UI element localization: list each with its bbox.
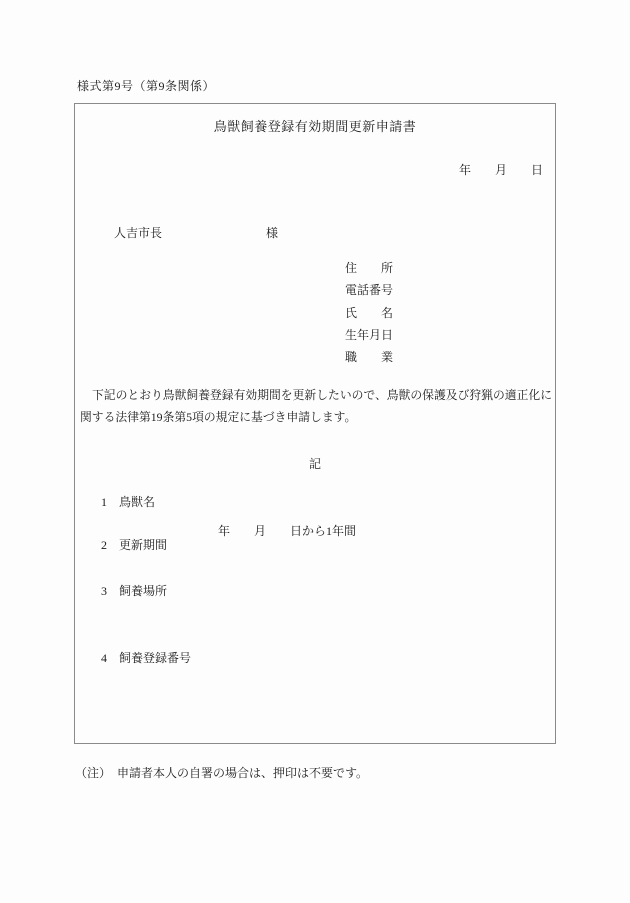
item-label: 鳥獣名 (119, 495, 155, 509)
addressee-row: 人吉市長様 (96, 212, 278, 254)
item-row-registration-number: 4飼養登録番号 (75, 637, 555, 693)
item-number: 3 (101, 584, 119, 598)
addressee-name: 人吉市長 (114, 226, 162, 240)
applicant-field-name: 氏 名 (345, 302, 393, 324)
item-label: 飼養登録番号 (119, 651, 191, 665)
item-number: 4 (101, 651, 119, 665)
form-title: 鳥獣飼養登録有効期間更新申請書 (75, 119, 555, 134)
applicant-fields-block: 住 所 電話番号 氏 名 生年月日 職 業 (345, 257, 393, 368)
form-border-box: 鳥獣飼養登録有効期間更新申請書 年 月 日 人吉市長様 住 所 電話番号 氏 名… (74, 103, 556, 744)
body-paragraph: 下記のとおり鳥獣飼養登録有効期間を更新したいので、鳥獣の保護及び狩猟の適正化に関… (80, 384, 552, 429)
addressee-honorific: 様 (266, 226, 278, 240)
date-blank-line: 年 月 日 (459, 163, 543, 177)
item-number: 2 (101, 538, 119, 552)
applicant-field-occupation: 職 業 (345, 346, 393, 368)
item-row-care-location: 3飼養場所 (75, 570, 555, 626)
footnote: （注） 申請者本人の自署の場合は、押印は不要です。 (75, 766, 368, 780)
applicant-field-phone: 電話番号 (345, 279, 393, 301)
document-page: 様式第9号（第9条関係） 鳥獣飼養登録有効期間更新申請書 年 月 日 人吉市長様… (0, 0, 630, 903)
applicant-field-address: 住 所 (345, 257, 393, 279)
form-number-label: 様式第9号（第9条関係） (77, 79, 215, 93)
item-label: 更新期間 (119, 538, 167, 552)
applicant-field-birthdate: 生年月日 (345, 324, 393, 346)
record-heading: 記 (75, 457, 555, 471)
item-value: 年 月 日から1年間 (218, 524, 356, 538)
item-label: 飼養場所 (119, 584, 167, 598)
item-number: 1 (101, 495, 119, 509)
